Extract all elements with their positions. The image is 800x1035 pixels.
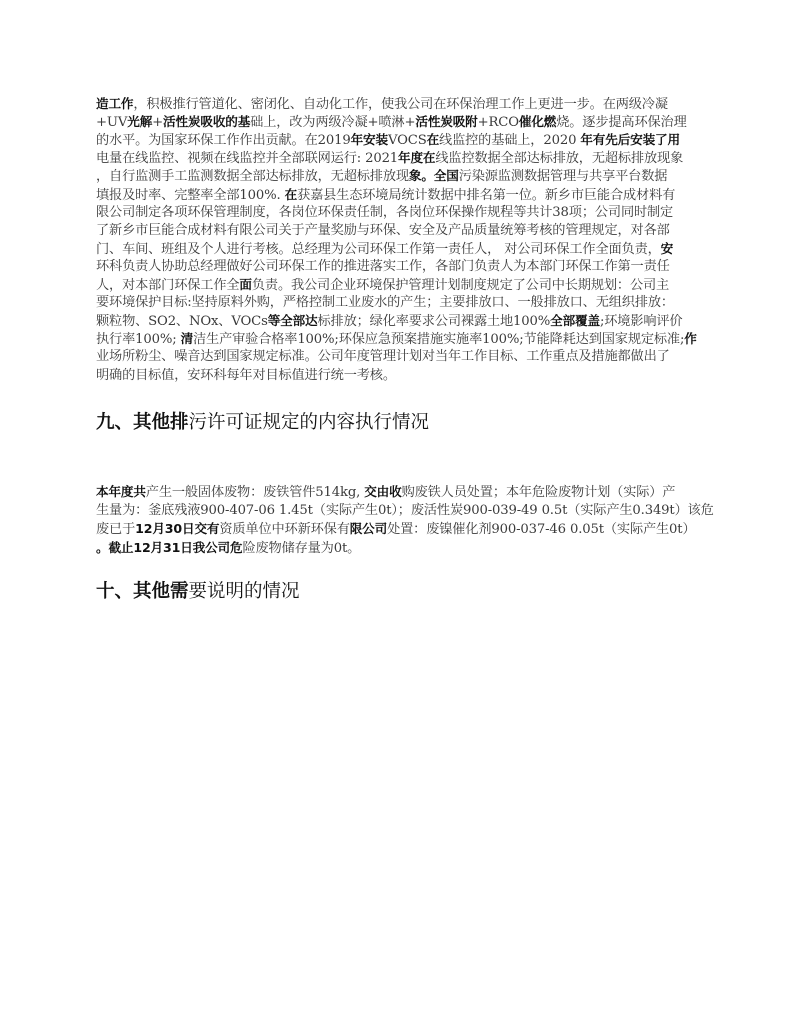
text-line: +UV光解+活性炭吸收的基础上，改为两级冷凝+喷淋+活性炭吸附+RCO催化燃烧。… (96, 112, 716, 132)
bold-text-run: 限公司 (350, 521, 387, 536)
bold-text-run: 活性炭吸附 (415, 114, 477, 129)
text-run: 废已于 (96, 522, 135, 537)
bold-text-run: 面 (239, 277, 251, 292)
text-run: ，积极推行管道化、密闭化、自动化工作，使我公司在环保治理工作上更进一步。在两级冷… (133, 97, 668, 112)
bold-text-run: 活性炭吸收的基 (163, 114, 250, 129)
text-run: 限公司制定各项环保管理制度，各岗位环保责任制，各岗位环保操作规程等共计38项；公… (96, 205, 673, 220)
text-run: 的水平。为国家环保工作作出贡献。在2019 (96, 133, 351, 148)
text-run: 险废物储存量为0t。 (242, 541, 360, 556)
text-line: 了新乡市巨能合成材料有限公司关于产量奖励与环保、安全及产品质量统筹考核的管理规定… (96, 221, 716, 241)
text-line: 生量为：釜底残液900-407-06 1.45t（实际产生0t）；废活性炭900… (96, 501, 716, 521)
bold-text-run: 等全部达 (268, 313, 318, 328)
text-run: 础上，改为两级冷凝+喷淋+ (250, 115, 415, 130)
bold-text-run: 造工作 (96, 96, 133, 111)
bold-text-run: 安 (661, 241, 673, 256)
text-line: 的水平。为国家环保工作作出贡献。在2019年安装VOCS在线监控的基础上，202… (96, 130, 716, 150)
bold-text-run: 年度在 (398, 150, 435, 165)
text-line: 门、车间、班组及个人进行考核。总经理为公司环保工作第一责任人， 对公司环保工作全… (96, 239, 716, 259)
bold-text-run: 清 (181, 331, 193, 346)
text-line: 业场所粉尘、噪音达到国家规定标准。公司年度管理计划对当年工作目标、工作重点及措施… (96, 347, 716, 367)
text-run: 负责。我公司企业环境保护管理计划制度规定了公司中长期规划：公司主 (252, 278, 669, 293)
text-run: 门、车间、班组及个人进行考核。总经理为公司环保工作第一责任人， 对公司环保工作全… (96, 242, 661, 257)
text-run: ;环境影响评价 (600, 314, 683, 329)
text-run: 线监控的基础上，2020 (439, 133, 580, 148)
text-line: 填报及时率、完整率全部100%. 在获嘉县生态环境局统计数据中排名第一位。新乡市… (96, 185, 716, 205)
section-10-heading-normal: 要说明的情况 (189, 581, 300, 602)
text-line: ，自行监测手工监测数据全部达标排放，无超标排放现象。全国污染源监测数据管理与共享… (96, 166, 716, 186)
text-run: 要环境保护目标:坚持原料外购，严格控制工业废水的产生；主要排放口、一般排放口、无… (96, 295, 674, 310)
text-run: 生量为：釜底残液900-407-06 1.45t（实际产生0t）；废活性炭900… (96, 503, 714, 518)
section-9-heading: 九、其他排污许可证规定的内容执行情况 (96, 410, 429, 436)
text-run: ，自行监测手工监测数据全部达标排放，无超标排放现 (96, 169, 409, 184)
text-run: 产生一般固体废物：废铁管件514kg, (146, 485, 364, 500)
text-run: 填报及时率、完整率全部100%. (96, 188, 285, 203)
document-page: 造工作，积极推行管道化、密闭化、自动化工作，使我公司在环保治理工作上更进一步。在… (0, 0, 800, 1035)
text-run: 环科负责人协助总经理做好公司环保工作的推进落实工作，各部门负责人为本部门环保工作… (96, 259, 670, 274)
section-10-heading: 十、其他需要说明的情况 (96, 579, 300, 605)
text-line: 环科负责人协助总经理做好公司环保工作的推进落实工作，各部门负责人为本部门环保工作… (96, 257, 716, 277)
bold-text-run: 全部覆盖 (550, 313, 600, 328)
text-run: 业场所粉尘、噪音达到国家规定标准。公司年度管理计划对当年工作目标、工作重点及措施… (96, 349, 670, 364)
text-run: +UV (96, 115, 127, 130)
section-9-heading-normal: 污许可证规定的内容执行情况 (189, 412, 430, 433)
bold-text-run: 在 (427, 132, 439, 147)
text-line: 电量在线监控、视频在线监控并全部联网运行: 2021年度在线监控数据全部达标排放… (96, 148, 716, 168)
text-run: 洁生产审验合格率100%;环保应急预案措施实施率100%;节能降耗达到国家规定标… (193, 332, 684, 347)
text-line: 废已于12月30日交有资质单位中环新环保有限公司处置：废镍催化剂900-037-… (96, 519, 716, 539)
text-run: VOCS (388, 133, 427, 148)
text-line: 执行率100%; 清洁生产审验合格率100%;环保应急预案措施实施率100%;节… (96, 329, 716, 349)
text-run: 烧。逐步提高环保治理 (556, 115, 686, 130)
bold-text-run: 年有先后安装了用 (580, 132, 680, 147)
bold-text-run: 12月30日交有 (135, 521, 219, 536)
text-run: +RCO (478, 115, 519, 130)
text-run: 了新乡市巨能合成材料有限公司关于产量奖励与环保、安全及产品质量统筹考核的管理规定… (96, 223, 670, 238)
bold-text-run: 光解 (127, 114, 152, 129)
bold-text-run: 催化燃 (519, 114, 556, 129)
text-run: 污染源监测数据管理与共享平台数据 (459, 169, 668, 184)
text-run: + (152, 115, 163, 130)
bold-text-run: 年安装 (351, 132, 388, 147)
bold-text-run: 作 (684, 331, 696, 346)
text-line: 颗粒物、SO2、NOx、VOCs等全部达标排放；绿化率要求公司裸露土地100%全… (96, 311, 716, 331)
text-line: 本年度共产生一般固体废物：废铁管件514kg, 交由收购废铁人员处置；本年危险废… (96, 482, 716, 502)
text-run: 电量在线监控、视频在线监控并全部联网运行: 2021 (96, 151, 398, 166)
section-9-heading-bold: 九、其他排 (96, 412, 189, 433)
section-10-heading-bold: 十、其他需 (96, 581, 189, 602)
text-run: 标排放；绿化率要求公司裸露土地100% (318, 314, 551, 329)
text-line: 明确的目标值，安环科每年对目标值进行统一考核。 (96, 366, 716, 386)
bold-text-run: 。截止12月31日我公司危 (96, 540, 242, 555)
text-run: 执行率100%; (96, 332, 181, 347)
text-line: 。截止12月31日我公司危险废物储存量为0t。 (96, 538, 716, 558)
text-line: 限公司制定各项环保管理制度，各岗位环保责任制，各岗位环保操作规程等共计38项；公… (96, 203, 716, 223)
text-line: 造工作，积极推行管道化、密闭化、自动化工作，使我公司在环保治理工作上更进一步。在… (96, 94, 716, 114)
bold-text-run: 在 (285, 187, 297, 202)
text-run: 获嘉县生态环境局统计数据中排名第一位。新乡市巨能合成材料有 (297, 188, 675, 203)
text-run: 人，对本部门环保工作全 (96, 278, 239, 293)
text-run: 购废铁人员处置；本年危险废物计划（实际）产 (402, 485, 676, 500)
bold-text-run: 交由收 (364, 484, 401, 499)
text-run: 颗粒物、SO2、NOx、VOCs (96, 314, 268, 329)
text-line: 要环境保护目标:坚持原料外购，严格控制工业废水的产生；主要排放口、一般排放口、无… (96, 293, 716, 313)
bold-text-run: 本年度共 (96, 484, 146, 499)
bold-text-run: 象。全国 (409, 168, 459, 183)
text-run: 资质单位中环新环保有 (219, 522, 349, 537)
text-line: 人，对本部门环保工作全面负责。我公司企业环境保护管理计划制度规定了公司中长期规划… (96, 275, 716, 295)
text-run: 处置：废镍催化剂900-037-46 0.05t（实际产生0t） (387, 522, 695, 537)
text-run: 线监控数据全部达标排放，无超标排放现象 (435, 151, 683, 166)
text-run: 明确的目标值，安环科每年对目标值进行统一考核。 (96, 368, 396, 383)
